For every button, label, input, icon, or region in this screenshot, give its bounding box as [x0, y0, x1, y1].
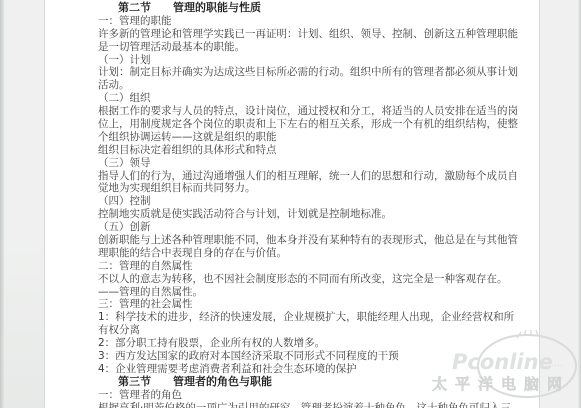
section-heading: 第三节管理者的角色与职能 — [98, 376, 534, 389]
text-line: 创新职能与上述各种管理职能不同，他本身并没有某种特有的表现形式，他总是在与其他管 — [98, 234, 534, 247]
text-line: 根据亨利·明茨伯格的一项广为引用的研究，管理者扮演着十种角色，这十种角色可归入三 — [98, 402, 534, 408]
text-line: 3：西方发达国家的政府对本国经济采取不同形式不同程度的干预 — [98, 350, 534, 363]
text-line: 个组织协调运转——这就是组织的职能 — [98, 131, 534, 144]
section-heading: 第二节管理的职能与性质 — [98, 2, 534, 15]
window-left-edge — [0, 0, 4, 408]
text-line: （二）组织 — [98, 92, 534, 105]
text-line: （五）创新 — [98, 221, 534, 234]
section-title: 管理者的角色与职能 — [173, 375, 272, 388]
text-line: 二：管理的自然属性 — [98, 260, 534, 273]
text-line: 1：科学技术的进步，经济的快速发展，企业规模扩大，职能经理人出现，企业经营权和所 — [98, 311, 534, 324]
document-content[interactable]: 第二节管理的职能与性质一：管理的职能许多新的管理论和管理学实践已一再证明：计划、… — [98, 2, 534, 408]
text-line: 许多新的管理论和管理学实践已一再证明：计划、组织、领导、控制、创新这五种管理职能 — [98, 28, 534, 41]
section-number: 第二节 — [118, 1, 151, 14]
text-line: 指导人们的行为，通过沟通增强人们的相互理解，统一人们的思想和行动，激励每个成员自 — [98, 170, 534, 183]
text-line: （一）计划 — [98, 54, 534, 67]
text-line: （三）领导 — [98, 157, 534, 170]
text-line: 不以人的意志为转移，也不因社会制度形态的不同而有所改变，这完全是一种客观存在。 — [98, 273, 534, 286]
text-line: 一：管理的职能 — [98, 15, 534, 28]
text-line: 组织目标决定着组织的具体形式和特点 — [98, 144, 534, 157]
text-line: 4：企业管理需要考虑消费者利益和社会生态环境的保护 — [98, 363, 534, 376]
workspace-right-margin — [541, 0, 581, 408]
text-line: 三：管理的社会属性 — [98, 298, 534, 311]
text-line: 2：部分职工持有股票，企业所有权的人数增多。 — [98, 337, 534, 350]
text-line: 控制地实质就是使实践活动符合与计划，计划就是控制地标准。 — [98, 208, 534, 221]
text-line: 活动。 — [98, 79, 534, 92]
text-line: 有权分离 — [98, 324, 534, 337]
text-line: 一：管理者的角色 — [98, 389, 534, 402]
text-line: （四）控制 — [98, 195, 534, 208]
section-title: 管理的职能与性质 — [173, 1, 261, 14]
text-line: ——管理的自然属性。 — [98, 286, 534, 299]
text-line: 计划：制定目标并确实为达成这些目标所必需的行动。组织中所有的管理者都必须从事计划 — [98, 66, 534, 79]
text-line: 根据工作的要求与人员的特点，设计岗位，通过授权和分工，将适当的人员安排在适当的岗 — [98, 105, 534, 118]
text-line: 觉地为实现组织目标而共同努力。 — [98, 182, 534, 195]
document-page[interactable]: 第二节管理的职能与性质一：管理的职能许多新的管理论和管理学实践已一再证明：计划、… — [44, 0, 540, 408]
text-line: 是一切管理活动最基本的职能。 — [98, 41, 534, 54]
text-line: 理职能的结合中表现自身的存在与价值。 — [98, 247, 534, 260]
text-line: 位上，用制度规定各个岗位的职责和上下左右的相互关系，形成一个有机的组织结构，使整 — [98, 118, 534, 131]
section-number: 第三节 — [118, 375, 151, 388]
workspace-left-margin — [0, 0, 44, 408]
